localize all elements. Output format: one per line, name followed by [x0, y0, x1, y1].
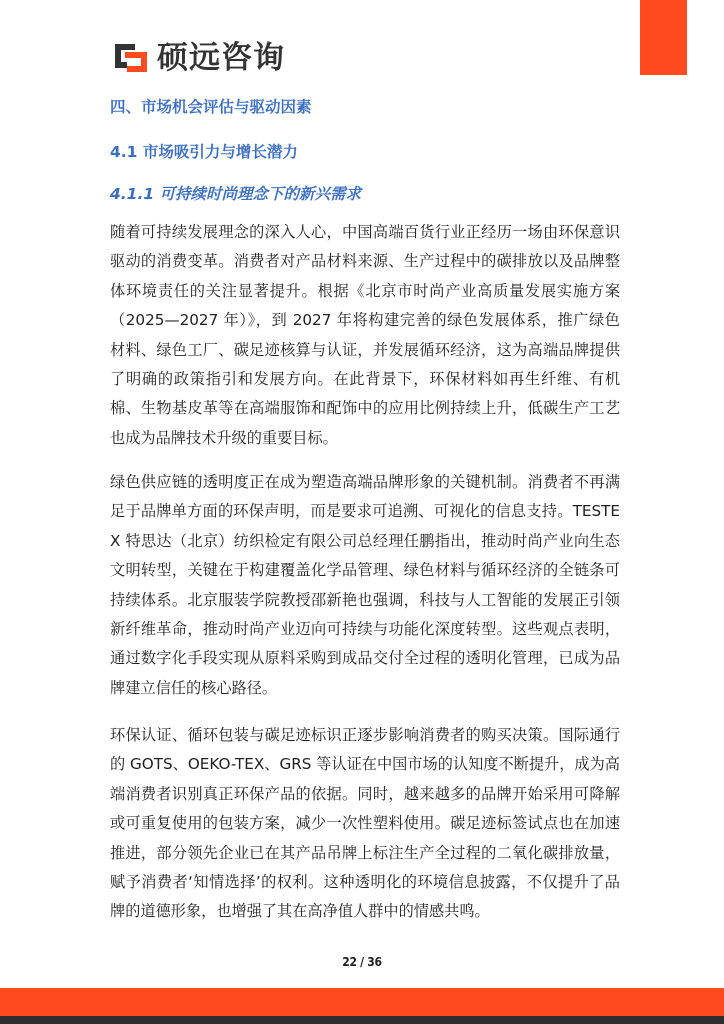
- logo-mark-icon: [113, 42, 149, 74]
- section-heading: 四、市场机会评估与驱动因素: [110, 95, 312, 117]
- company-logo: 硕远咨询: [113, 40, 285, 76]
- subsubsection-heading: 4.1.1 可持续时尚理念下的新兴需求: [110, 182, 361, 204]
- corner-accent-bar: [640, 0, 687, 75]
- body-paragraph-3: 环保认证、循环包装与碳足迹标识正逐步影响消费者的购买决策。国际通行的 GOTS、…: [110, 721, 620, 927]
- body-paragraph-1: 随着可持续发展理念的深入人心，中国高端百货行业正经历一场由环保意识驱动的消费变革…: [110, 218, 620, 453]
- logo-text: 硕远咨询: [157, 40, 285, 76]
- footer-dark-band: [0, 1016, 724, 1024]
- body-paragraph-2: 绿色供应链的透明度正在成为塑造高端品牌形象的关键机制。消费者不再满足于品牌单方面…: [110, 468, 620, 703]
- footer-orange-band: [0, 988, 724, 1016]
- subsection-heading: 4.1 市场吸引力与增长潜力: [110, 140, 298, 162]
- page-number: 22 / 36: [0, 955, 724, 969]
